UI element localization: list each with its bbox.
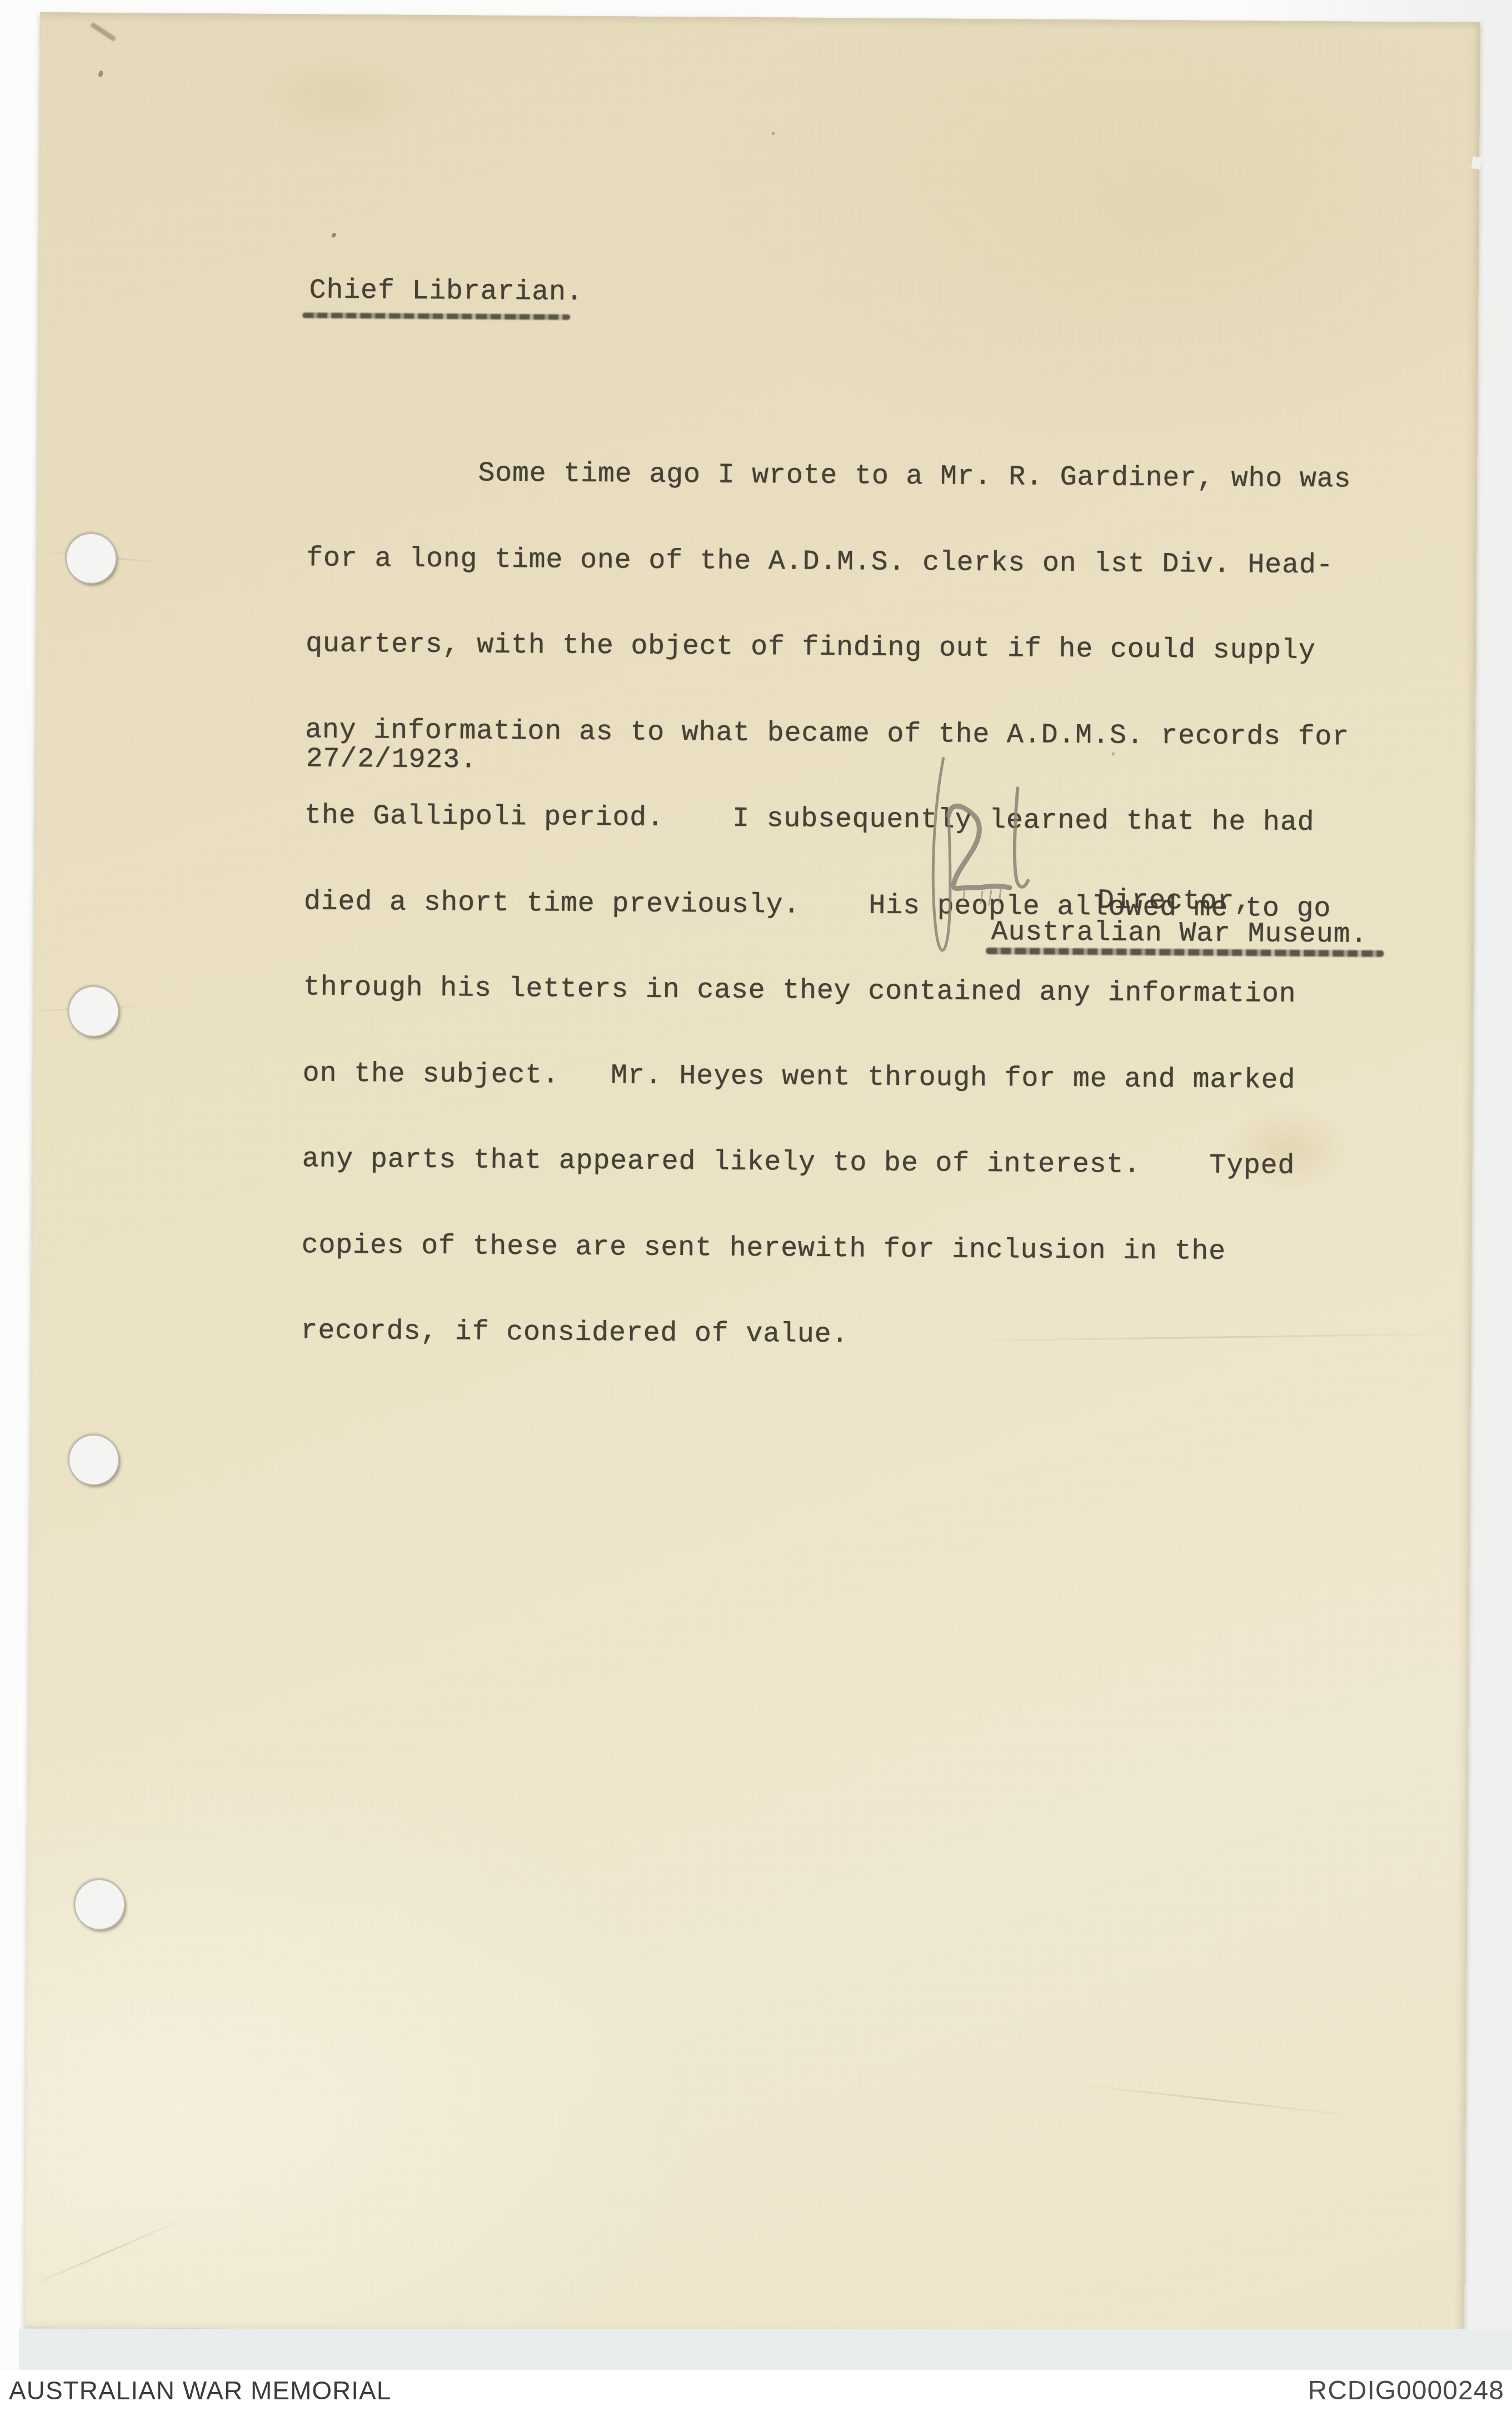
punch-hole [68, 1434, 119, 1486]
signature-stroke [1014, 788, 1029, 887]
typed-line: copies of these are sent herewith for in… [301, 1231, 1345, 1267]
typed-line: on the subject. Mr. Heyes went through f… [303, 1059, 1347, 1095]
paper-stain [250, 53, 428, 143]
punch-hole [68, 985, 119, 1037]
paper-speck [98, 70, 104, 78]
signatory-organisation: Australian War Museum. [991, 918, 1368, 949]
paper-crease [1071, 2083, 1358, 2117]
institution-name: AUSTRALIAN WAR MEMORIAL [9, 2375, 391, 2405]
paper-speck [331, 232, 337, 238]
typed-line: quarters, with the object of finding out… [306, 630, 1350, 666]
typed-line: records, if considered of value. [301, 1317, 1345, 1353]
signatory-title: Director, [1097, 886, 1252, 916]
addressee-heading: Chief Librarian. [309, 276, 583, 307]
typed-line: Some time ago I wrote to a Mr. R. Gardin… [307, 458, 1351, 494]
typed-line: any parts that appeared likely to be of … [302, 1145, 1346, 1181]
typed-line: the Gallipoli period. I subsequently lea… [305, 801, 1349, 838]
letter-date: 27/2/1923. [306, 745, 477, 775]
punch-hole [66, 532, 117, 584]
scanner-edge-strip [19, 2329, 1512, 2370]
signature-stroke [932, 758, 951, 950]
reference-id: RCDIG0000248 [1308, 2375, 1504, 2406]
corner-fold-mark [90, 22, 117, 42]
punch-hole [74, 1879, 126, 1931]
typed-line: through his letters in case they contain… [303, 973, 1348, 1009]
footer-bar: AUSTRALIAN WAR MEMORIAL RCDIG0000248 [0, 2370, 1512, 2411]
paper-notch [1471, 156, 1482, 170]
signature-ink [905, 743, 1073, 994]
scan-viewport: { "document": { "heading": "Chief Librar… [0, 0, 1512, 2411]
paper-crease [21, 2216, 189, 2291]
paper-speck [771, 132, 775, 135]
document-page: Chief Librarian. Some time ago I wrote t… [24, 12, 1480, 2337]
heading-underline [302, 312, 570, 320]
signature-stroke [948, 806, 1010, 889]
typed-line: for a long time one of the A.D.M.S. cler… [306, 544, 1350, 580]
signature-stroke [964, 889, 1001, 905]
